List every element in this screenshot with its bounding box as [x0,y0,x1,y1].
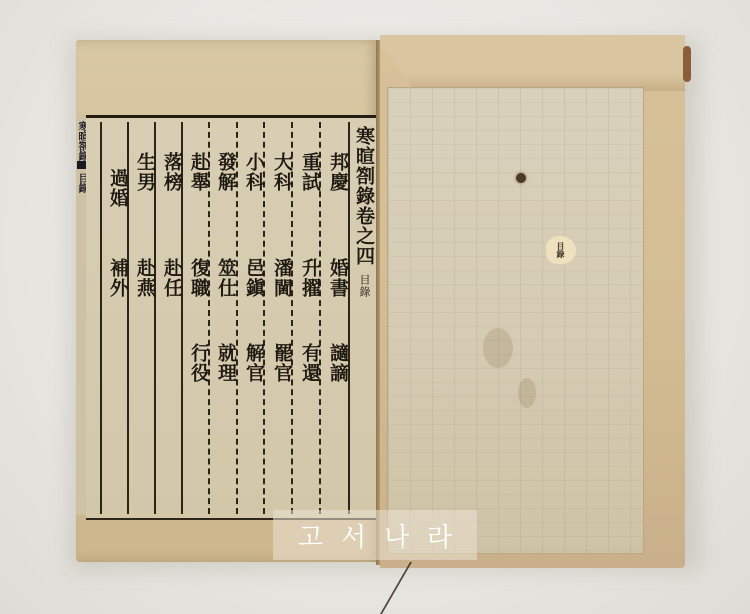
toc-entry: 赴任 [156,258,182,298]
toc-entry: 過婚 [102,168,128,208]
pasted-label-text: 目錄 [556,242,567,258]
toc-entry: 赴舉 [183,152,209,192]
watermark-char: 라 [427,517,452,554]
toc-entry: 大科 [266,152,292,192]
folded-flap [380,35,685,91]
paper-stain [518,378,536,408]
toc-entry: 落榜 [156,152,182,192]
volume-title-text: 寒暄劄錄卷之四 [353,126,375,266]
toc-entry: 行役 [183,343,209,383]
toc-entry: 重試 [294,152,320,192]
page-tab [683,46,691,82]
watermark: 고 서 나 라 [273,510,477,560]
watermark-char: 나 [384,517,409,554]
toc-entry: 罷官 [266,343,292,383]
toc-entry: 潘閫 [266,258,292,298]
pasted-label: 目錄 [546,236,576,264]
print-frame: 寒暄劄錄卷之四目錄 邦慶 婚書 讁謫 重試 升擢 有還 大科 潘閫 罷官 小科 … [86,115,379,520]
fore-edge-fishtail-mark [77,161,86,169]
left-page: 寒暄劄錄 目錄 寒暄劄錄卷之四目錄 邦慶 婚書 讁謫 重試 升擢 有還 大科 潘… [76,40,378,562]
volume-title: 寒暄劄錄卷之四目錄 [349,126,375,298]
toc-entry: 有還 [294,343,320,383]
toc-entry: 就理 [210,343,236,383]
toc-entry: 讁謫 [322,343,348,383]
paper-stain [483,328,513,368]
toc-entry: 筮仕 [210,258,236,298]
toc-entry: 婚書 [322,258,348,298]
toc-entry: 小科 [238,152,264,192]
toc-entry: 解官 [238,343,264,383]
toc-entry: 發解 [210,152,236,192]
watermark-char: 서 [341,517,366,554]
toc-entry: 生男 [129,152,155,192]
volume-title-note: 目錄 [358,274,371,298]
endpaper-sheet: 目錄 [387,87,644,554]
toc-entry: 邦慶 [322,152,348,192]
toc-entry: 升擢 [294,258,320,298]
watermark-char: 고 [298,517,323,554]
toc-entry: 赴燕 [129,258,155,298]
toc-entry: 補外 [102,258,128,298]
wormhole [516,173,526,183]
toc-entry: 復職 [183,258,209,298]
right-page: 目錄 [380,35,685,568]
toc-entry: 邑鎭 [238,258,264,298]
